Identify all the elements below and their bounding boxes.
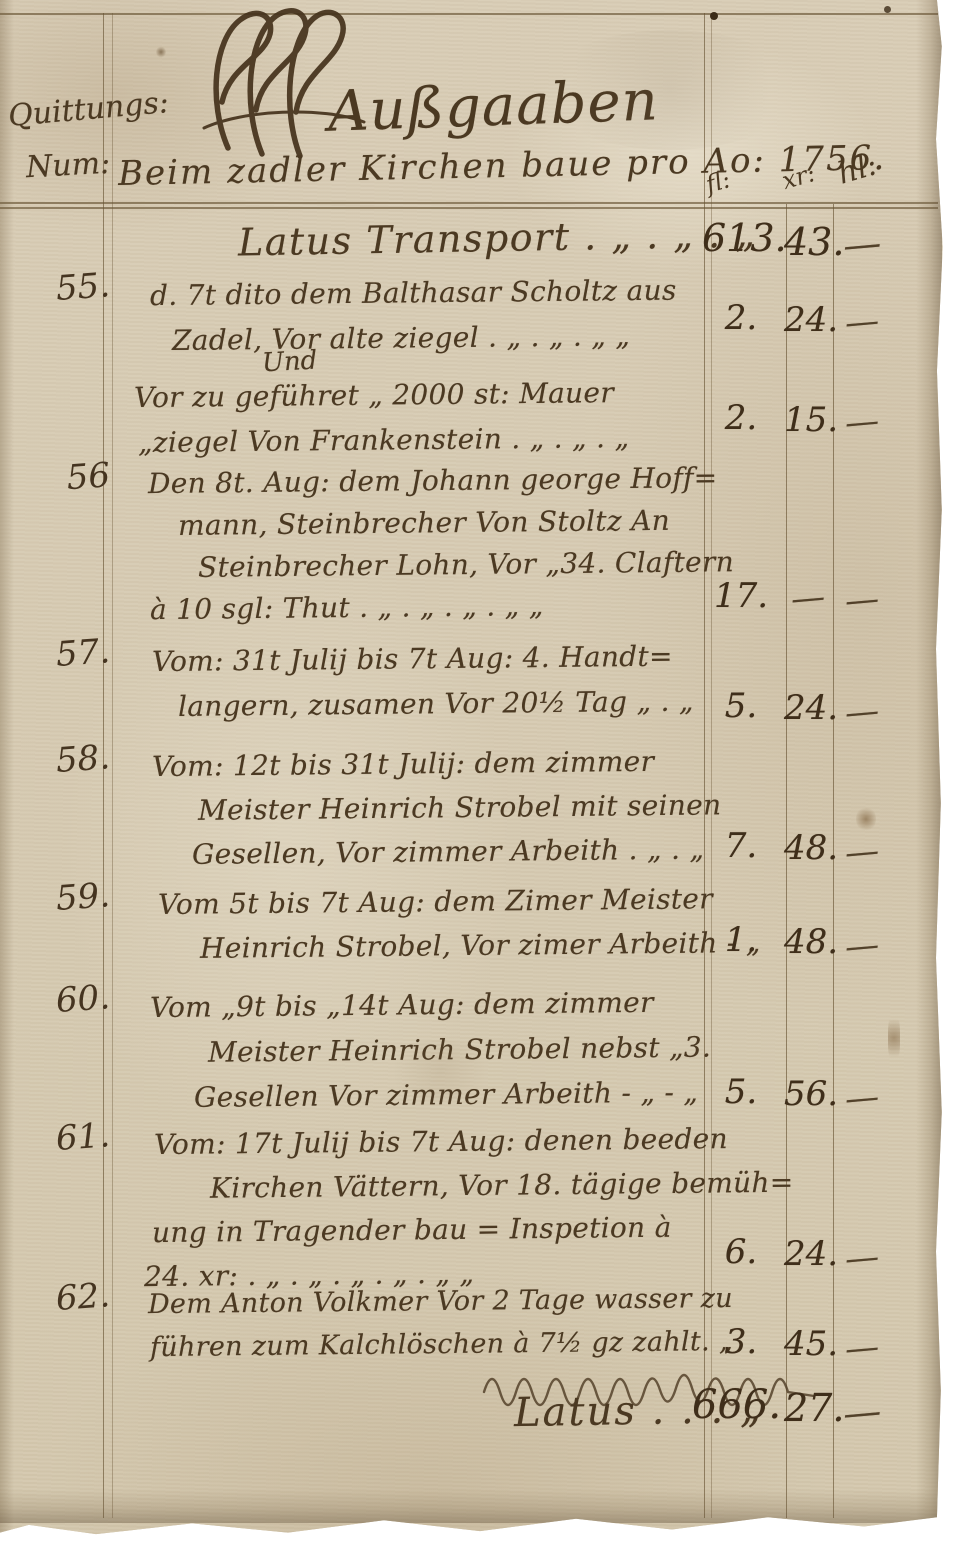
entry-amount-heller: —	[832, 300, 891, 345]
entry-amount-kreuzer: 56.	[784, 1074, 832, 1114]
entry-line: Vom „9t bis „14t Aug: dem zimmer	[150, 979, 740, 1030]
entry-number: 57.	[29, 631, 112, 676]
entry-line: Vom: 12t bis 31t Julij: dem zimmer	[152, 739, 740, 789]
transport-amount-kreuzer: 43.	[784, 220, 832, 264]
ledger-entry-62: Dem Anton Volkmer Vor 2 Tage wasser zu f…	[140, 1280, 740, 1366]
entry-amount-florin: 1.	[702, 920, 780, 960]
entry-amount-florin: 5.	[702, 686, 780, 726]
entry-line: Dem Anton Volkmer Vor 2 Tage wasser zu	[148, 1277, 740, 1326]
entry-amount-heller: —	[832, 690, 891, 735]
receipt-number-label-line2: Num:	[25, 146, 111, 185]
document-scan: Quittungs: Num: Außgaaben Beim zadler Ki…	[0, 0, 960, 1545]
entry-line: Vom: 31t Julij bis 7t Aug: 4. Handt=	[152, 633, 740, 684]
header-rule-1	[0, 202, 938, 204]
page-title: Außgaaben	[327, 68, 660, 144]
ledger-entry-55b: Vor zu geführet „ 2000 st: Mauer „ziegel…	[134, 372, 734, 462]
entry-number: 60.	[29, 977, 112, 1022]
entry-line: Den 8t. Aug: dem Johann george Hoff=	[148, 457, 740, 505]
entry-amount-florin: 7.	[702, 826, 780, 866]
entry-line: Vom: 17t Julij bis 7t Aug: denen beeden	[154, 1117, 740, 1167]
entry-number: 55.	[29, 265, 112, 310]
entry-amount-florin: 2.	[702, 298, 780, 338]
entry-amount-heller: —	[832, 1236, 891, 1281]
entry-amount-heller: —	[832, 1076, 891, 1121]
entry-line: à 10 sgl: Thut . „ . „ . „ . „ „	[150, 583, 740, 631]
page-edge-left	[0, 0, 14, 1545]
entry-number: 58.	[29, 737, 112, 782]
entry-line: Vom 5t bis 7t Aug: dem Zimer Meister	[158, 877, 740, 927]
entry-amount-kreuzer: 24.	[784, 300, 832, 340]
ledger-entry-61: Vom: 17t Julij bis 7t Aug: denen beeden …	[140, 1120, 740, 1296]
ledger-entry-59: Vom 5t bis 7t Aug: dem Zimer Meister Hei…	[140, 880, 740, 968]
entry-amount-heller: —	[832, 830, 891, 875]
entry-line: mann, Steinbrecher Von Stoltz An	[178, 499, 740, 547]
entry-line: Heinrich Strobel, Vor zimer Arbeith - „	[200, 921, 740, 971]
entry-line: ung in Tragender bau = Inspetion à	[152, 1205, 740, 1255]
entry-line: d. 7t dito dem Balthasar Scholtz aus	[150, 267, 740, 318]
entry-line: Kirchen Vättern, Vor 18. tägige bemüh=	[210, 1161, 740, 1211]
entry-amount-heller: —	[832, 924, 891, 969]
entry-amount-florin: 6.	[702, 1232, 780, 1272]
margin-rule-inner	[112, 13, 113, 1518]
entry-amount-heller: —	[832, 578, 891, 623]
entry-amount-florin: 5.	[702, 1072, 780, 1112]
page-edge-right	[916, 0, 942, 1530]
entry-amount-heller: —	[832, 400, 891, 445]
latus-total-florin: 666.	[692, 1382, 780, 1428]
ledger-page: Quittungs: Num: Außgaaben Beim zadler Ki…	[0, 0, 960, 1545]
entry-amount-kreuzer: 48.	[784, 828, 832, 868]
entry-line: Meister Heinrich Strobel mit seinen	[198, 783, 740, 833]
entry-line: Gesellen, Vor zimmer Arbeith . „ . „	[192, 827, 740, 877]
ink-stain	[856, 806, 876, 832]
page-edge-mark: 3	[942, 196, 953, 216]
entry-line: Steinbrecher Lohn, Vor „34. Claftern	[198, 541, 740, 589]
entry-number: 62.	[29, 1275, 112, 1320]
entry-number: 61.	[29, 1115, 112, 1160]
entry-amount-kreuzer: —	[782, 576, 833, 620]
ledger-entry-58: Vom: 12t bis 31t Julij: dem zimmer Meist…	[140, 742, 740, 874]
entry-number: 56	[29, 455, 112, 500]
entry-amount-kreuzer: 24.	[784, 1234, 832, 1274]
entry-line: Gesellen Vor zimmer Arbeith - „ - „	[194, 1069, 740, 1120]
page-edge-bottom	[0, 1489, 940, 1523]
entry-line: Vor zu geführet „ 2000 st: Mauer	[134, 369, 734, 420]
ledger-entry-56: Den 8t. Aug: dem Johann george Hoff= man…	[140, 460, 740, 628]
entry-amount-kreuzer: 15.	[784, 400, 832, 440]
latus-transport-label: Latus Transport . „ . „ . „	[238, 211, 757, 264]
top-rule	[0, 13, 938, 15]
transport-amount-heller: —	[832, 220, 892, 269]
entry-amount-florin: 2.	[702, 398, 780, 438]
entry-line: Meister Heinrich Strobel nebst „3.	[208, 1024, 740, 1075]
ink-stain	[888, 1012, 900, 1064]
entry-amount-kreuzer: 48.	[784, 922, 832, 962]
entry-line: langern, zusamen Vor 20½ Tag „ . „	[178, 678, 740, 729]
ink-dot	[884, 6, 891, 13]
transport-amount-florin: 613.	[702, 216, 780, 260]
receipt-number-label-line1: Quittungs:	[7, 85, 170, 134]
ink-stain	[156, 46, 166, 58]
entry-amount-florin: 17.	[702, 576, 780, 616]
header-rule-2	[0, 207, 938, 209]
entry-line: Zadel, Vor alte ziegel . „ . „ . „ „	[172, 312, 740, 363]
ledger-entry-60: Vom „9t bis „14t Aug: dem zimmer Meister…	[140, 982, 740, 1117]
entry-number: 59.	[29, 875, 112, 920]
latus-total-kreuzer: 27.	[784, 1386, 832, 1430]
ledger-entry-57: Vom: 31t Julij bis 7t Aug: 4. Handt= lan…	[140, 636, 740, 726]
latus-total-heller: —	[832, 1388, 892, 1437]
ledger-entry-55: d. 7t dito dem Balthasar Scholtz aus Zad…	[140, 270, 740, 360]
entry-amount-kreuzer: 24.	[784, 688, 832, 728]
